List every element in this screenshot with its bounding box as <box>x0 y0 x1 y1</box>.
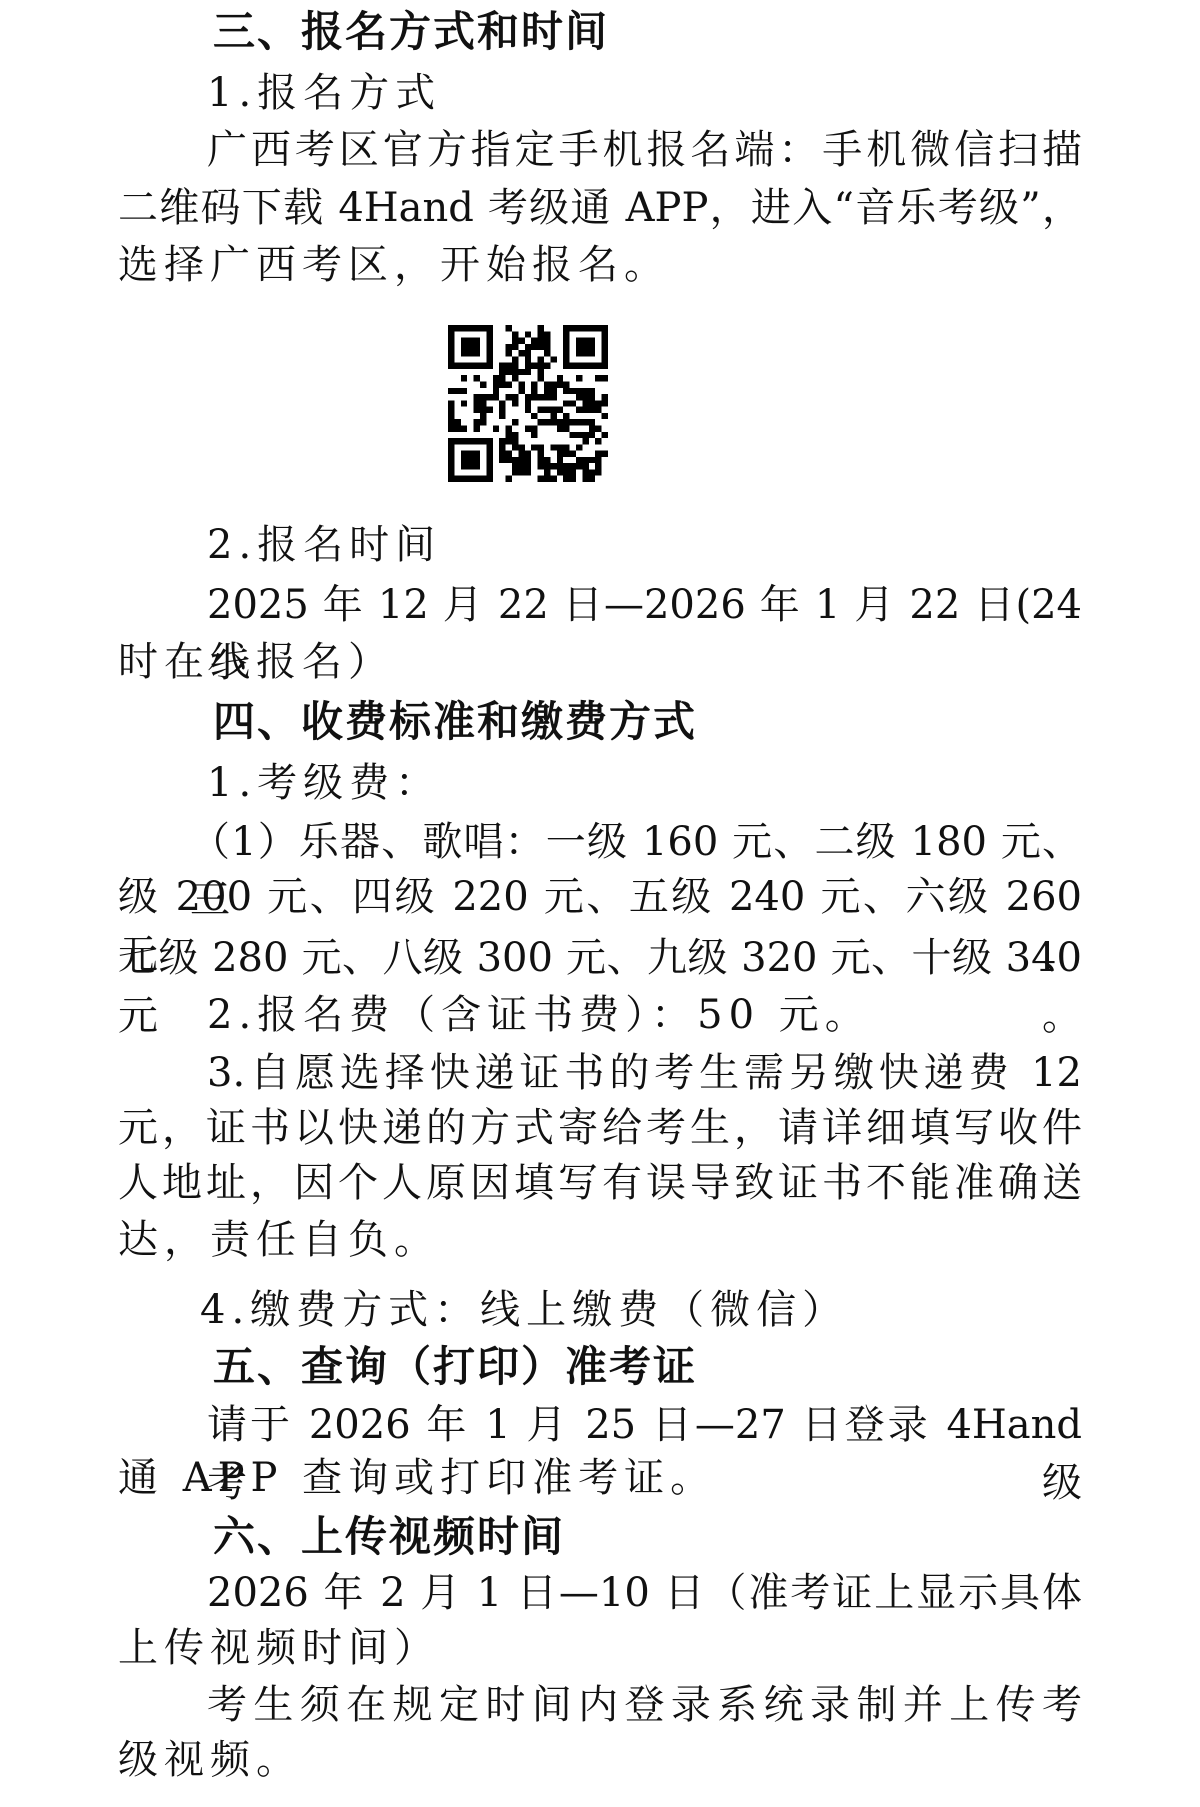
paragraph-line: 考生须在规定时间内登录系统录制并上传考 <box>207 1676 1082 1734</box>
paragraph-line: 2025 年 12 月 22 日—2026 年 1 月 22 日(24 小 <box>207 576 1082 634</box>
registration-qr-code <box>448 325 608 482</box>
fee-line: （1）乐器、歌唱：一级 160 元、二级 180 元、三 <box>190 813 1082 871</box>
subheading-registration-method: 1.报名方式 <box>207 64 1082 122</box>
paragraph-line: 通 APP 查询或打印准考证。 <box>118 1449 1082 1507</box>
section-heading-fees: 四、收费标准和缴费方式 <box>213 693 1177 751</box>
subheading-exam-fee: 1.考级费： <box>207 754 1082 812</box>
paragraph-line: 人地址，因个人原因填写有误导致证书不能准确送 <box>118 1154 1082 1212</box>
paragraph-line: 请于 2026 年 1 月 25 日—27 日登录 4Hand 考级 <box>207 1396 1082 1454</box>
paragraph-line: 时在线报名） <box>118 633 1082 691</box>
paragraph-line: 二维码下载 4Hand 考级通 APP，进入“音乐考级”， <box>118 179 1082 237</box>
paragraph-line: 3.自愿选择快递证书的考生需另缴快递费 12 <box>207 1044 1082 1102</box>
paragraph-line: 广西考区官方指定手机报名端：手机微信扫描 <box>207 121 1082 179</box>
section-heading-registration: 三、报名方式和时间 <box>213 3 1177 61</box>
section-heading-video-upload: 六、上传视频时间 <box>213 1508 1177 1566</box>
paragraph-line: 选择广西考区，开始报名。 <box>118 236 1082 294</box>
paragraph-line: 级视频。 <box>118 1731 1082 1789</box>
section-heading-admission-ticket: 五、查询（打印）准考证 <box>213 1338 1177 1396</box>
fee-line: 七级 280 元、八级 300 元、九级 320 元、十级 340 元。 <box>118 929 1082 987</box>
paragraph-line: 2026 年 2 月 1 日—10 日（准考证上显示具体 <box>207 1564 1082 1622</box>
payment-method-line: 4.缴费方式：线上缴费（微信） <box>200 1281 1075 1339</box>
subheading-registration-time: 2.报名时间 <box>207 516 1082 574</box>
paragraph-line: 达，责任自负。 <box>118 1211 1082 1269</box>
fee-line: 级 200 元、四级 220 元、五级 240 元、六级 260 元、 <box>118 868 1082 926</box>
registration-fee-line: 2.报名费（含证书费）：50 元。 <box>207 986 1082 1044</box>
paragraph-line: 上传视频时间） <box>118 1619 1082 1677</box>
paragraph-line: 元，证书以快递的方式寄给考生，请详细填写收件 <box>118 1099 1082 1157</box>
